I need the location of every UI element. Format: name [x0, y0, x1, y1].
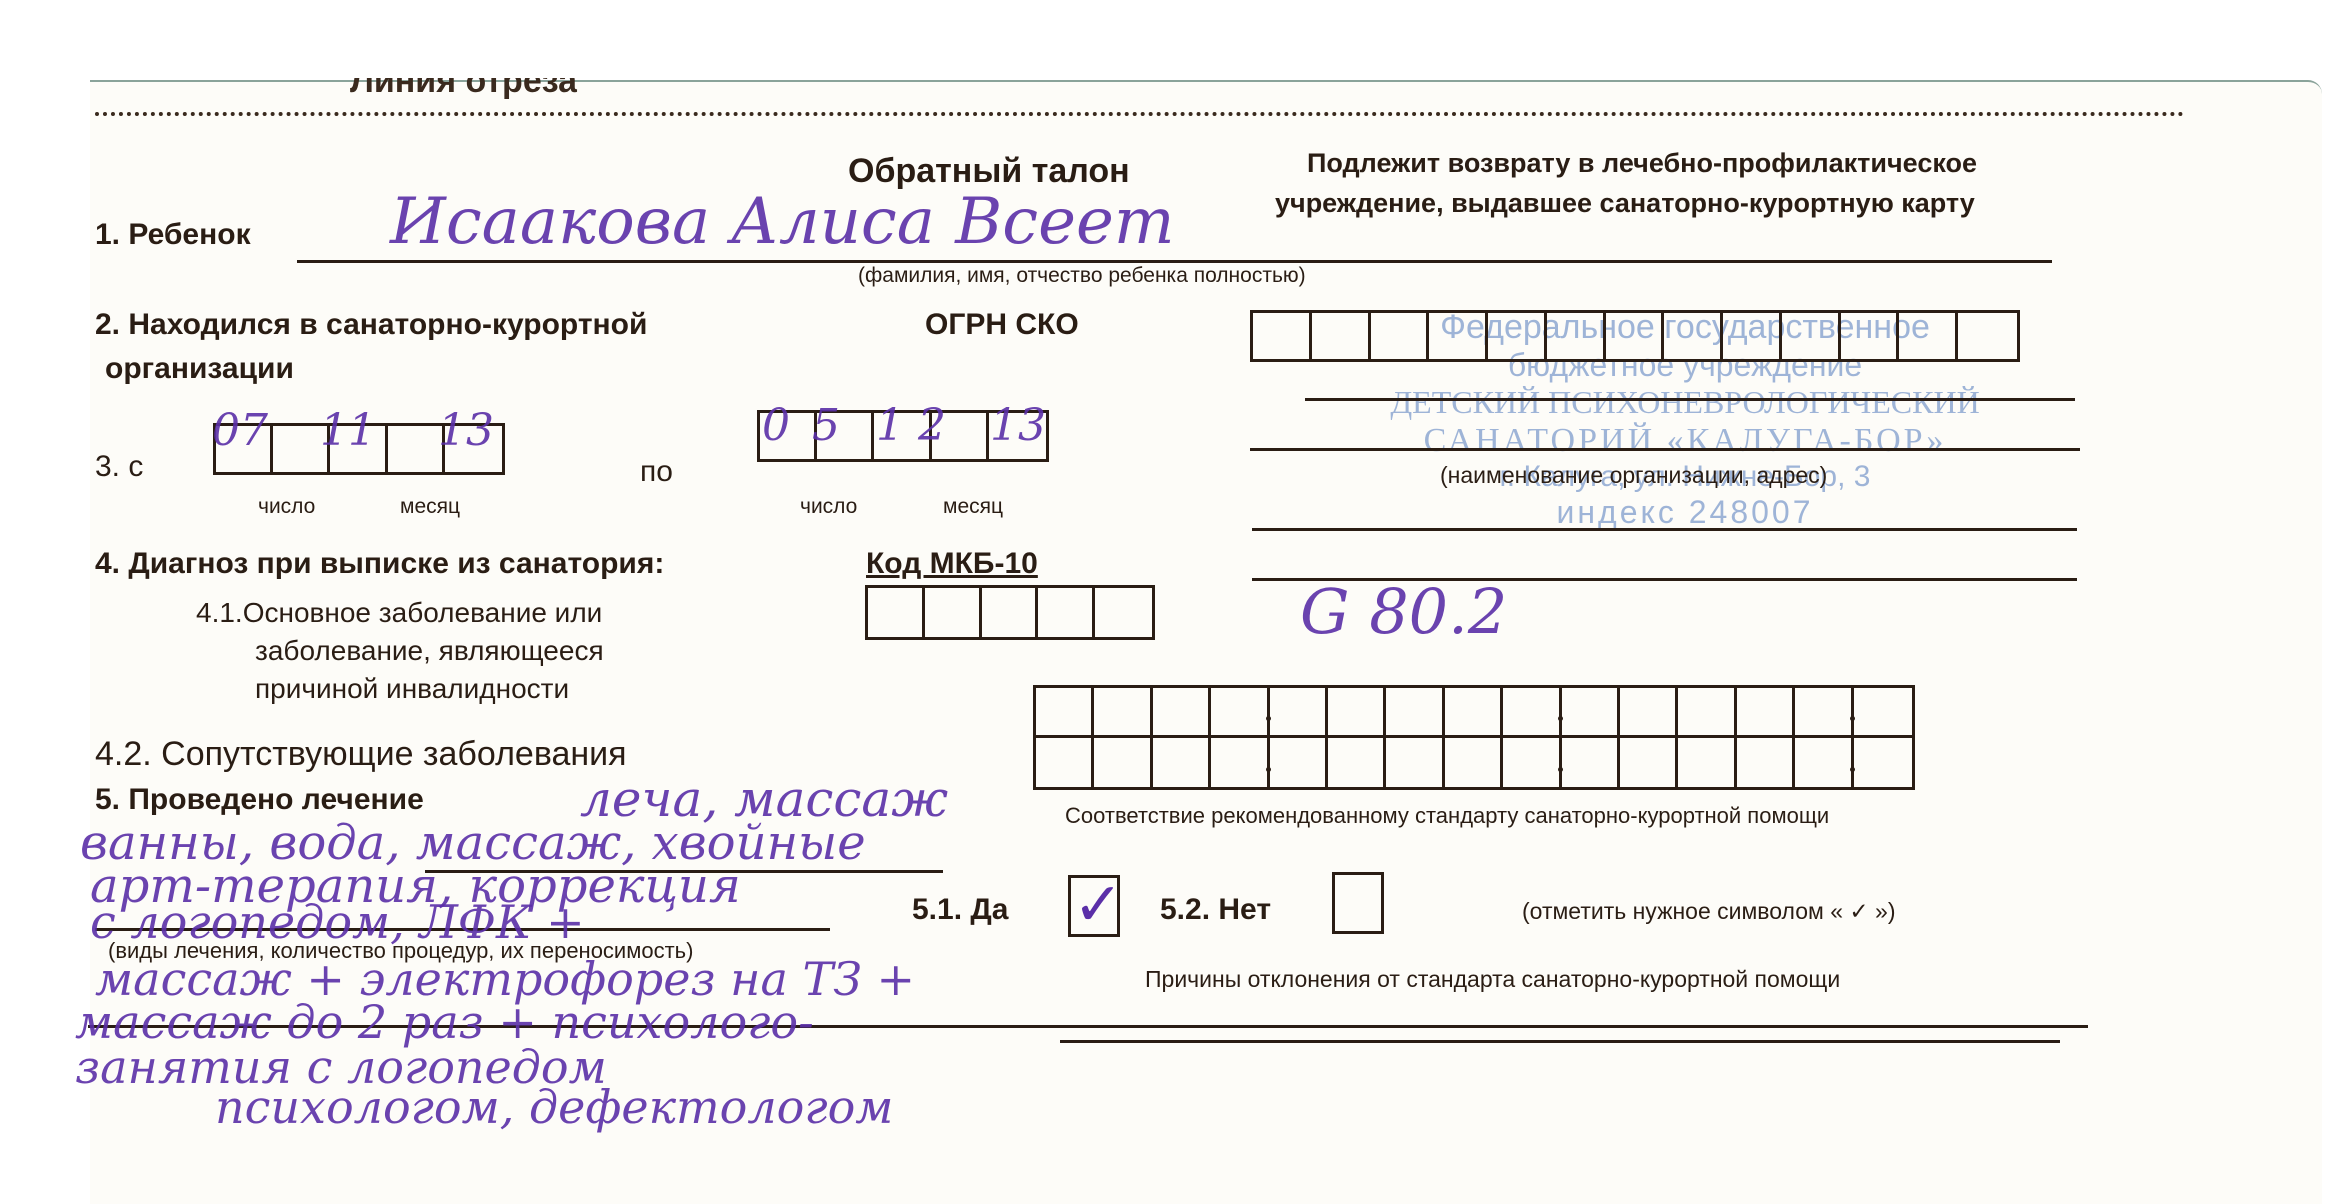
diagnosis-label: 4. Диагноз при выписке из санатория: [95, 547, 664, 581]
organization-label-line1: 2. Находился в санаторно-курортной [95, 308, 647, 342]
treatment-handwritten-line[interactable]: с логопедом, ЛФК + [90, 895, 585, 949]
to-day-caption: число [800, 495, 857, 519]
child-name-line [297, 260, 2052, 263]
date-to-month: 12 [876, 400, 960, 451]
stamp-line: ДЕТСКИЙ ПСИХОНЕВРОЛОГИЧЕСКИЙ [1345, 384, 2025, 421]
concomitant-diseases-grid[interactable] [1033, 685, 1915, 790]
return-note-line2: учреждение, выдавшее санаторно-курортную… [1275, 188, 1975, 219]
child-name-caption: (фамилия, имя, отчество ребенка полность… [858, 264, 1306, 288]
main-disease-line2: заболевание, являющееся [255, 635, 604, 667]
org-address-line-3 [1252, 528, 2077, 531]
ogrn-grid[interactable] [1250, 310, 2020, 362]
date-from-year: 13 [438, 405, 494, 456]
org-address-line-1 [1305, 398, 2075, 401]
from-month-caption: месяц [400, 495, 460, 519]
diagnosis-code-handwritten[interactable]: G 80.2 [1300, 575, 1507, 648]
stamp-line: индекс 248007 [1345, 494, 2025, 531]
ogrn-label: ОГРН СКО [925, 308, 1079, 342]
standard-compliance-label: Соответствие рекомендованному стандарту … [1065, 803, 1829, 829]
checkmark-icon: ✓ [1073, 870, 1123, 940]
yes-checkbox[interactable]: ✓ [1068, 875, 1120, 937]
to-month-caption: месяц [943, 495, 1003, 519]
date-from-label: 3. с [95, 450, 143, 484]
mark-hint: (отметить нужное символом « ✓ ») [1522, 898, 1896, 925]
treatment-handwritten-line[interactable]: психологом, дефектологом [215, 1080, 893, 1134]
date-from-month: 11 [320, 405, 376, 456]
cut-line [95, 112, 2185, 116]
no-label: 5.2. Нет [1160, 893, 1271, 927]
concomitant-diseases-label: 4.2. Сопутствующие заболевания [95, 735, 627, 774]
date-to-year: 13 [990, 400, 1046, 451]
main-disease-line3: причиной инвалидности [255, 673, 569, 705]
no-checkbox[interactable] [1332, 872, 1384, 934]
org-address-line-2 [1250, 448, 2080, 451]
treatment-label: 5. Проведено лечение [95, 783, 424, 817]
mkb-code-grid[interactable] [865, 585, 1155, 640]
organization-label-line2: организации [105, 352, 294, 386]
deviation-reasons-label: Причины отклонения от стандарта санаторн… [1145, 966, 1840, 993]
mkb-code-label: Код МКБ-10 [866, 547, 1038, 581]
stamp-line: САНАТОРИЙ «КАЛУГА-БОР» [1345, 421, 2025, 460]
cut-line-label: Линия отреза [350, 62, 577, 101]
date-to-label: по [640, 455, 673, 489]
main-disease-line1: 4.1.Основное заболевание или [196, 597, 602, 629]
child-name-handwritten[interactable]: Исаакова Алиса Всеет [390, 185, 1175, 259]
org-address-caption: (наименование организации, адрес) [1440, 462, 1827, 489]
deviation-reasons-line [1060, 1040, 2060, 1043]
date-to-day: 05 [762, 400, 862, 451]
return-note-line1: Подлежит возврату в лечебно-профилактиче… [1307, 148, 1977, 179]
from-day-caption: число [258, 495, 315, 519]
date-from-day: 07 [212, 405, 268, 456]
yes-label: 5.1. Да [912, 893, 1008, 927]
child-label: 1. Ребенок [95, 218, 251, 252]
